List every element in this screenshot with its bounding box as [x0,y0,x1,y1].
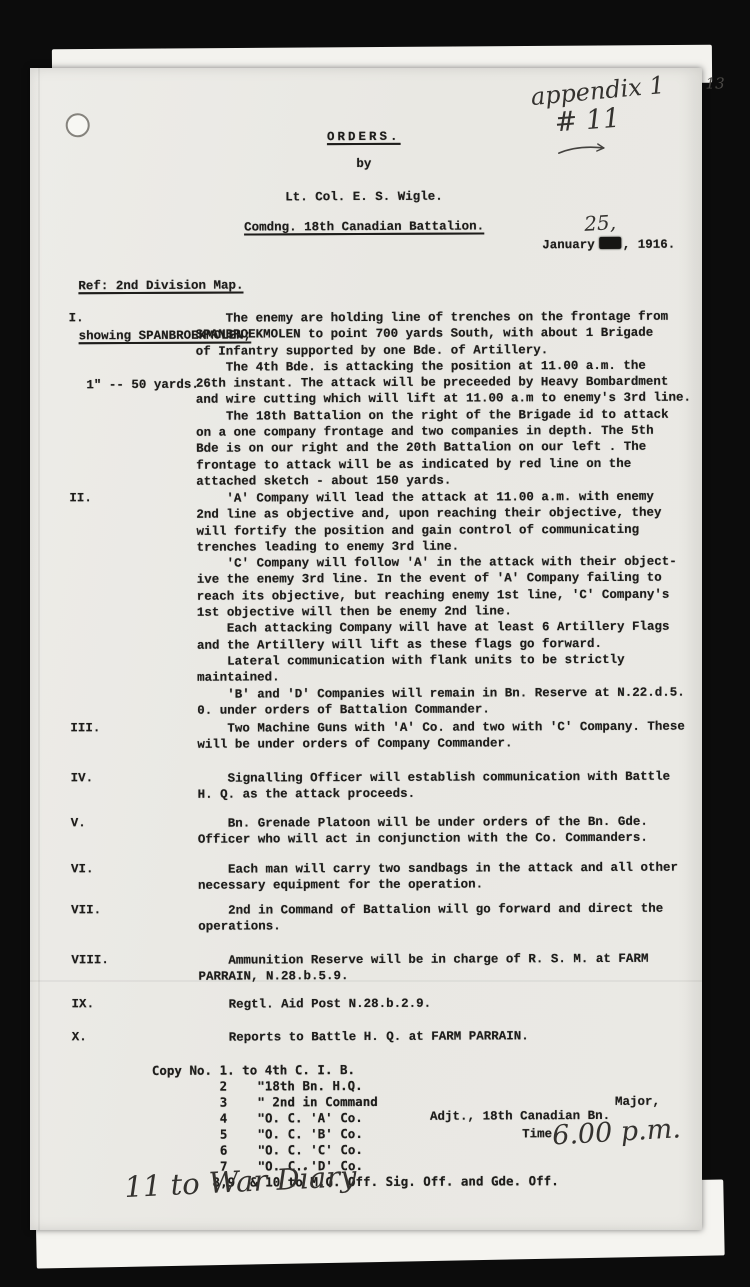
section-VIII: VIII. Ammunition Reserve will be in char… [71,951,648,986]
section-IV: IV. Signalling Officer will establish co… [71,769,671,804]
officer-name: Lt. Col. E. S. Wigle. [28,189,700,206]
date-line: January, 1916. [542,237,675,253]
document-title: ORDERS. [327,130,401,144]
signature-rank: Major, [615,1095,660,1109]
section-IX: IX. Regtl. Aid Post N.28.b.2.9. [72,996,432,1014]
by-line: by [28,156,700,173]
section-text: Each man will carry two sandbags in the … [198,860,678,895]
section-text: Regtl. Aid Post N.28.b.2.9. [199,996,432,1013]
section-I: I. The enemy are holding line of trenche… [69,309,692,491]
section-numeral: X. [72,1030,199,1045]
handwritten-date-correction: 25, [583,210,616,236]
section-II: II. 'A' Company will lead the attack at … [69,489,685,720]
section-VI: VI. Each man will carry two sandbags in … [71,860,678,895]
section-text: Two Machine Guns with 'A' Co. and two wi… [197,719,685,754]
handwritten-page-number: 13 [705,74,724,92]
date-month: January [542,238,595,252]
section-III: III. Two Machine Guns with 'A' Co. and t… [70,719,685,754]
section-text: Signalling Officer will establish commun… [198,769,671,804]
section-V: V. Bn. Grenade Platoon will be under ord… [71,814,648,849]
document-page: appendix 1 # 11 13 ORDERS. by Lt. Col. E… [30,68,702,1230]
section-numeral: VII. [71,903,198,918]
section-text: Ammunition Reserve will be in charge of … [198,951,648,986]
section-numeral: IX. [72,997,199,1012]
section-numeral: VI. [71,862,198,877]
handwritten-time-value: 6.00 p.m. [551,1113,681,1151]
section-numeral: V. [71,816,198,831]
title-row: ORDERS. [28,129,700,146]
section-text: Reports to Battle H. Q. at FARM PARRAIN. [199,1028,529,1046]
section-text: Bn. Grenade Platoon will be under orders… [198,814,648,849]
command-line: Comdng. 18th Canadian Battalion. [244,219,484,234]
page-content: appendix 1 # 11 13 ORDERS. by Lt. Col. E… [27,67,704,1232]
section-text: 'A' Company will lead the attack at 11.0… [196,489,685,719]
reference-map: Ref: 2nd Division Map. [78,279,243,294]
obscured-date-day [599,237,621,249]
section-VII: VII. 2nd in Command of Battalion will go… [71,901,663,936]
signature-time-label: Time [522,1127,552,1141]
reference-map-row: Ref: 2nd Division Map. [78,277,251,294]
section-text: The enemy are holding line of trenches o… [196,309,692,490]
section-numeral: III. [70,721,197,736]
section-numeral: I. [69,311,196,326]
section-numeral: IV. [71,771,198,786]
date-year: , 1916. [623,238,676,252]
section-numeral: VIII. [71,953,198,968]
section-numeral: II. [69,491,196,506]
section-X: X. Reports to Battle H. Q. at FARM PARRA… [72,1028,529,1046]
section-text: 2nd in Command of Battalion will go forw… [198,901,663,936]
